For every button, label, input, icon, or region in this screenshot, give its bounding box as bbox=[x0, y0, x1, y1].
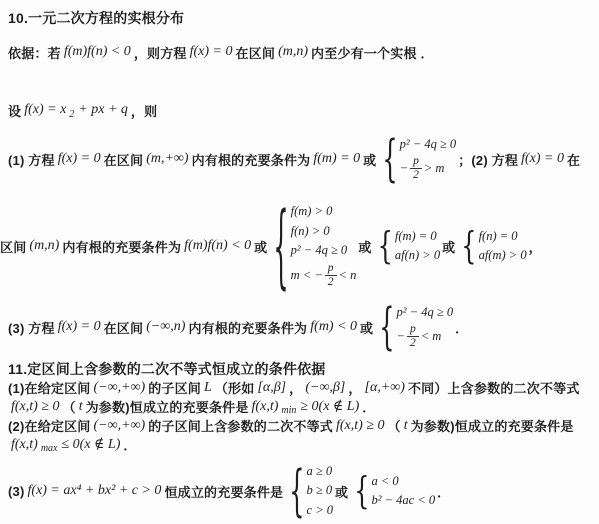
cn-text: ． bbox=[437, 482, 450, 501]
case-rows: f(m) = 0 af(n) > 0 bbox=[395, 228, 440, 265]
math-text: < m bbox=[421, 328, 442, 346]
math-notes-document: 10.一元二次方程的实根分布 依据：若 f(m)f(n) < 0 ，则方程 f(… bbox=[0, 0, 599, 524]
cn-text: 内有根的充要条件为 bbox=[192, 150, 311, 169]
cases-group: { f(m) = 0 af(n) > 0 bbox=[374, 228, 441, 265]
fraction-numerator: p bbox=[410, 155, 422, 169]
case-row: f(m) > 0 bbox=[291, 203, 333, 221]
cn-text: 的子区间 bbox=[148, 378, 201, 397]
math-text: f(x,t) bbox=[252, 399, 279, 415]
case-row: f(n) > 0 bbox=[291, 223, 330, 241]
cn-text: 或 bbox=[358, 237, 371, 256]
cn-text: ． bbox=[362, 397, 375, 416]
math-text: f(x) = 0 bbox=[58, 319, 101, 335]
cn-text: ； bbox=[458, 150, 471, 169]
left-brace: { bbox=[382, 134, 397, 183]
s11-item2-line1: (2)在给定区间 (−∞,+∞) 的子区间上含参数的二次不等式 f(x,t) ≥… bbox=[0, 416, 599, 435]
s11-item2-line2: f(x,t) max ≤ 0(x ∉ L) ． bbox=[0, 435, 599, 454]
math-text: f(x) = 0 bbox=[58, 151, 101, 167]
left-brace: { bbox=[273, 200, 288, 291]
cn-text: (1) 方程 bbox=[8, 150, 55, 169]
cn-text: 或 bbox=[363, 150, 376, 169]
cn-text: 恒成立的充要条件是 bbox=[164, 482, 283, 501]
section11-heading: 11.定区间上含参数的二次不等式恒成立的条件依据 bbox=[0, 360, 599, 378]
cn-text: ， bbox=[289, 378, 302, 397]
cn-text: 的子区间上含参数的二次不等式 bbox=[148, 416, 333, 435]
case-rows: a ≥ 0 b ≥ 0 c > 0 bbox=[307, 463, 333, 520]
cn-text: （形如 bbox=[215, 378, 255, 397]
cn-text: 在区间 bbox=[104, 150, 144, 169]
case-row: p² − 4q ≥ 0 bbox=[291, 242, 348, 260]
cn-text: ． bbox=[455, 318, 468, 337]
math-text: (m,n) bbox=[278, 44, 308, 60]
left-brace: { bbox=[289, 463, 304, 518]
case-row: af(n) > 0 bbox=[395, 247, 440, 265]
s11-item1-line2: f(x,t) ≥ 0 （ t 为参数)恒成立的充要条件是 f(x,t) min … bbox=[0, 397, 599, 416]
case-row: b² − 4ac < 0 bbox=[372, 492, 436, 510]
item2-line: 区间 (m,n) 内有根的充要条件为 f(m)f(n) < 0 或 { f(m)… bbox=[0, 196, 599, 296]
fraction-denominator: 2 bbox=[413, 169, 419, 182]
cn-text: （ bbox=[388, 416, 401, 435]
section10-heading: 10.一元二次方程的实根分布 bbox=[0, 8, 599, 28]
subscript: 2 bbox=[69, 109, 74, 120]
cn-text: (1)在给定区间 bbox=[8, 378, 91, 397]
math-text: [α,+∞) bbox=[365, 380, 405, 396]
setup-line: 设 f(x) = x 2 + px + q ，则 bbox=[0, 98, 599, 122]
math-text: f(x,t) ≥ 0 bbox=[11, 399, 60, 415]
cn-text: （ bbox=[63, 397, 76, 416]
math-text: f(x) = ax⁴ + bx² + c > 0 bbox=[28, 483, 162, 499]
subscript: max bbox=[41, 443, 58, 454]
math-text: m < − bbox=[291, 267, 323, 285]
math-text: f(m)f(n) < 0 bbox=[64, 44, 131, 60]
math-text: L bbox=[204, 380, 212, 396]
math-text: t bbox=[79, 399, 83, 415]
case-row: m < − p 2 < n bbox=[291, 262, 357, 289]
case-rows: p² − 4q ≥ 0 − p 2 > m bbox=[400, 136, 457, 183]
s11-item3-line: (3) f(x) = ax⁴ + bx² + c > 0 恒成立的充要条件是 {… bbox=[0, 456, 599, 524]
fraction-numerator: p bbox=[325, 262, 337, 276]
s11-item1-line1: (1)在给定区间 (−∞,+∞) 的子区间 L （形如 [α,β] ， (−∞,… bbox=[0, 378, 599, 397]
cn-text: 在区间 bbox=[104, 318, 144, 337]
left-brace: { bbox=[461, 227, 476, 264]
math-text: + px + q bbox=[78, 102, 128, 118]
cn-text: 依据：若 bbox=[8, 43, 61, 62]
cn-text: (2)在给定区间 bbox=[8, 416, 91, 435]
case-row: a < 0 bbox=[372, 473, 399, 491]
math-text: − bbox=[400, 160, 408, 178]
section10-title: 10.一元二次方程的实根分布 bbox=[8, 8, 184, 28]
math-text: f(x) = 0 bbox=[521, 151, 564, 167]
cn-text: ，则方程 bbox=[134, 43, 187, 62]
case-row: p² − 4q ≥ 0 bbox=[400, 136, 457, 154]
math-text: f(m) < 0 bbox=[310, 319, 357, 335]
cases-group: { a ≥ 0 b ≥ 0 c > 0 bbox=[285, 463, 333, 520]
cn-text: (3) bbox=[8, 484, 25, 499]
math-text: f(x,t) bbox=[11, 437, 38, 453]
cn-text: 在 bbox=[567, 150, 580, 169]
case-row: af(m) > 0 bbox=[479, 247, 527, 265]
section11-title: 11.定区间上含参数的二次不等式恒成立的条件依据 bbox=[8, 359, 326, 379]
case-row: − p 2 > m bbox=[400, 155, 445, 182]
math-text: < n bbox=[339, 267, 357, 285]
cn-text: ， bbox=[348, 378, 361, 397]
cases-group: { p² − 4q ≥ 0 − p 2 > m bbox=[378, 136, 456, 183]
case-rows: a < 0 b² − 4ac < 0 bbox=[372, 473, 436, 510]
item3-line: (3) 方程 f(x) = 0 在区间 (−∞,n) 内有根的充要条件为 f(m… bbox=[0, 296, 599, 358]
math-text: (m,+∞) bbox=[146, 151, 188, 167]
cn-text: 内有根的充要条件为 bbox=[62, 237, 181, 256]
math-text: f(x) = x bbox=[24, 102, 66, 118]
case-row: p² − 4q ≥ 0 bbox=[397, 304, 454, 322]
case-row: f(n) = 0 bbox=[479, 228, 518, 246]
cn-text: 内至少有一个实根 ． bbox=[311, 43, 434, 62]
left-brace: { bbox=[379, 302, 394, 351]
math-text: (−∞,n) bbox=[146, 319, 185, 335]
cn-text: 内有根的充要条件为 bbox=[188, 318, 307, 337]
subscript: min bbox=[281, 405, 296, 416]
math-text: (−∞,β] bbox=[305, 380, 345, 396]
cn-text: 或 bbox=[442, 237, 455, 256]
math-text: f(x) = 0 bbox=[190, 44, 233, 60]
math-text: ≤ 0(x ∉ L) bbox=[62, 436, 121, 453]
math-text: (m,n) bbox=[29, 238, 59, 254]
math-text: f(x,t) ≥ 0 bbox=[336, 418, 385, 434]
cn-text: 或 bbox=[360, 318, 373, 337]
math-text: (−∞,+∞) bbox=[94, 418, 146, 434]
case-rows: f(n) = 0 af(m) > 0 bbox=[479, 228, 527, 265]
fraction-denominator: 2 bbox=[410, 337, 416, 350]
case-rows: f(m) > 0 f(n) > 0 p² − 4q ≥ 0 m < − p 2 … bbox=[291, 203, 357, 289]
cn-text: 或 bbox=[335, 482, 348, 501]
math-text: f(m) = 0 bbox=[313, 151, 360, 167]
cases-group: { f(m) > 0 f(n) > 0 p² − 4q ≥ 0 m < − p … bbox=[269, 203, 356, 289]
cn-text: 设 bbox=[8, 101, 21, 120]
cn-text: ，则 bbox=[131, 101, 157, 120]
fraction: p 2 bbox=[410, 155, 422, 182]
cn-text: 不同）上含参数的二次不等式 bbox=[408, 378, 580, 397]
case-row: f(m) = 0 bbox=[395, 228, 437, 246]
fraction: p 2 bbox=[325, 262, 337, 289]
math-text: ≥ 0(x ∉ L) bbox=[300, 398, 359, 415]
cn-text: ， bbox=[529, 237, 542, 256]
cn-text: 为参数)恒成立的充要条件是 bbox=[411, 416, 574, 435]
cn-text: (3) 方程 bbox=[8, 318, 55, 337]
cases-group: { a < 0 b² − 4ac < 0 bbox=[350, 473, 435, 510]
cn-text: 为参数)恒成立的充要条件是 bbox=[86, 397, 249, 416]
left-brace: { bbox=[378, 227, 393, 264]
math-text: [α,β] bbox=[257, 380, 286, 396]
math-text: f(m)f(n) < 0 bbox=[184, 238, 251, 254]
left-brace: { bbox=[354, 472, 369, 509]
fraction-denominator: 2 bbox=[328, 276, 334, 289]
basis-line: 依据：若 f(m)f(n) < 0 ，则方程 f(x) = 0 在区间 (m,n… bbox=[0, 40, 599, 64]
math-text: t bbox=[404, 418, 408, 434]
math-text: (−∞,+∞) bbox=[94, 380, 146, 396]
fraction-numerator: p bbox=[407, 323, 419, 337]
math-text: > m bbox=[424, 160, 445, 178]
case-row: a ≥ 0 bbox=[307, 463, 333, 481]
cn-text: (2) 方程 bbox=[471, 150, 518, 169]
fraction: p 2 bbox=[407, 323, 419, 350]
case-row: c > 0 bbox=[307, 502, 333, 520]
cn-text: 或 bbox=[254, 237, 267, 256]
cn-text: ． bbox=[123, 435, 136, 454]
math-text: − bbox=[397, 328, 405, 346]
cases-group: { f(n) = 0 af(m) > 0 bbox=[457, 228, 526, 265]
cn-text: 区间 bbox=[0, 237, 26, 256]
item1-line: (1) 方程 f(x) = 0 在区间 (m,+∞) 内有根的充要条件为 f(m… bbox=[0, 122, 599, 196]
case-row: − p 2 < m bbox=[397, 323, 442, 350]
case-rows: p² − 4q ≥ 0 − p 2 < m bbox=[397, 304, 454, 351]
cases-group: { p² − 4q ≥ 0 − p 2 < m bbox=[375, 304, 453, 351]
case-row: b ≥ 0 bbox=[307, 482, 333, 500]
cn-text: 在区间 bbox=[236, 43, 276, 62]
